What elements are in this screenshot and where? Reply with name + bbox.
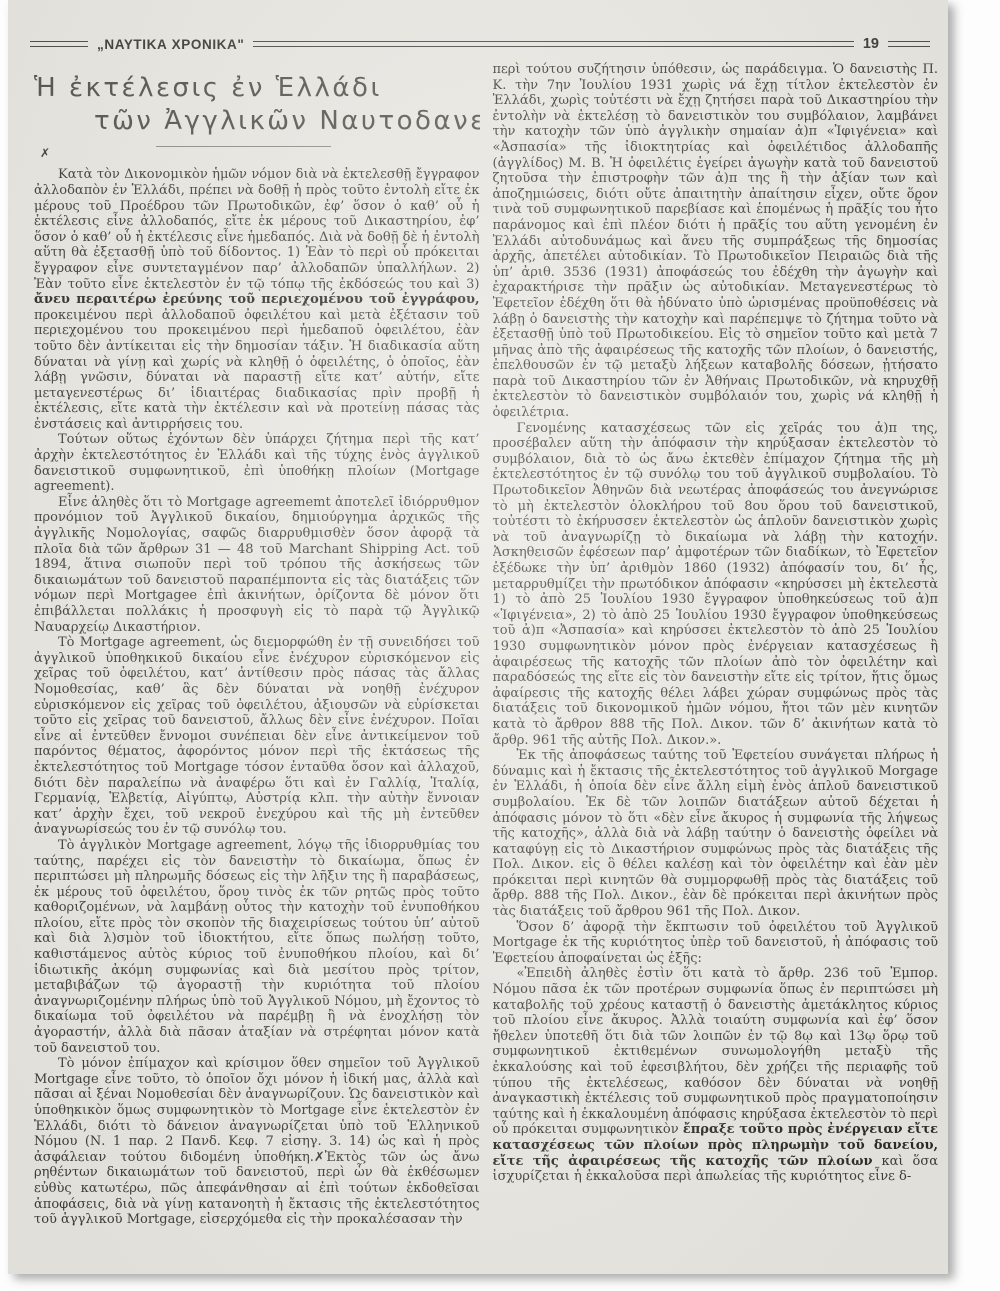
paragraph: Κατὰ τὸν Δικονομικὸν ἡμῶν νόμον διὰ νὰ ἐ… — [34, 167, 480, 432]
paragraph: περὶ τούτου συζήτησιν ὑπόθεσιν, ὡς παράδ… — [493, 62, 939, 421]
paragraph: Τὸ Mortgage agreement, ὡς διεμορφώθη ἐν … — [34, 635, 480, 838]
right-column-text: περὶ τούτου συζήτησιν ὑπόθεσιν, ὡς παράδ… — [493, 62, 939, 1185]
paragraph: Ἐκ τῆς ἀποφάσεως ταύτης τοῦ Ἐφετείου συν… — [493, 748, 939, 920]
paper-sheet: „ΝΑΥΤΙΚΑ ΧΡΟΝΙΚΑ" 19 Ἡ ἐκτέλεσις ἐν Ἑλλά… — [8, 0, 948, 1274]
page-number: 19 — [863, 36, 879, 52]
paragraph: Ὅσον δ’ ἀφορᾷ τὴν ἔκπτωσιν τοῦ ὀφειλέτου… — [493, 920, 939, 967]
page-header: „ΝΑΥΤΙΚΑ ΧΡΟΝΙΚΑ" 19 — [30, 36, 930, 52]
left-column-text: Κατὰ τὸν Δικονομικὸν ἡμῶν νόμον διὰ νὰ ἐ… — [34, 167, 480, 1227]
left-column: Ἡ ἐκτέλεσις ἐν Ἑλλάδι τῶν Ἀγγλικῶν Ναυτο… — [34, 62, 480, 1248]
header-rule-left — [30, 41, 88, 47]
scanned-magazine-page: „ΝΑΥΤΙΚΑ ΧΡΟΝΙΚΑ" 19 Ἡ ἐκτέλεσις ἐν Ἑλλά… — [0, 0, 1000, 1291]
paragraph: Τούτων οὕτως ἐχόντων δὲν ὑπάρχει ζήτημα … — [34, 432, 480, 494]
paragraph: Τὸ μόνον ἐπίμαχον καὶ κρίσιμον ὅθεν σημε… — [34, 1056, 480, 1228]
paragraph: Εἶνε ἀληθὲς ὅτι τὸ Mortgage agreememt ἀπ… — [34, 495, 480, 635]
article-title-block: Ἡ ἐκτέλεσις ἐν Ἑλλάδι τῶν Ἀγγλικῶν Ναυτο… — [34, 62, 480, 167]
paragraph: Τὸ ἀγγλικὸν Mortgage agreement, λόγῳ τῆς… — [34, 838, 480, 1056]
article-body: Ἡ ἐκτέλεσις ἐν Ἑλλάδι τῶν Ἀγγλικῶν Ναυτο… — [34, 62, 938, 1248]
ink-mark: ✗ — [40, 147, 480, 161]
article-title-line2: τῶν Ἀγγλικῶν Ναυτοδανείων — [94, 105, 480, 138]
paragraph: Γενομένης κατασχέσεως τῶν εἰς χεῖράς του… — [493, 421, 939, 748]
masthead-title: „ΝΑΥΤΙΚΑ ΧΡΟΝΙΚΑ" — [97, 37, 244, 52]
paragraph: «Ἐπειδὴ ἀληθὲς ἐστὶν ὅτι κατὰ τὸ ἄρθρ. 2… — [493, 966, 939, 1184]
article-title-line1: Ἡ ἐκτέλεσις ἐν Ἑλλάδι — [34, 72, 480, 105]
header-rule-right — [888, 41, 930, 47]
right-column: περὶ τούτου συζήτησιν ὑπόθεσιν, ὡς παράδ… — [493, 62, 939, 1248]
header-rule-middle — [253, 41, 853, 47]
